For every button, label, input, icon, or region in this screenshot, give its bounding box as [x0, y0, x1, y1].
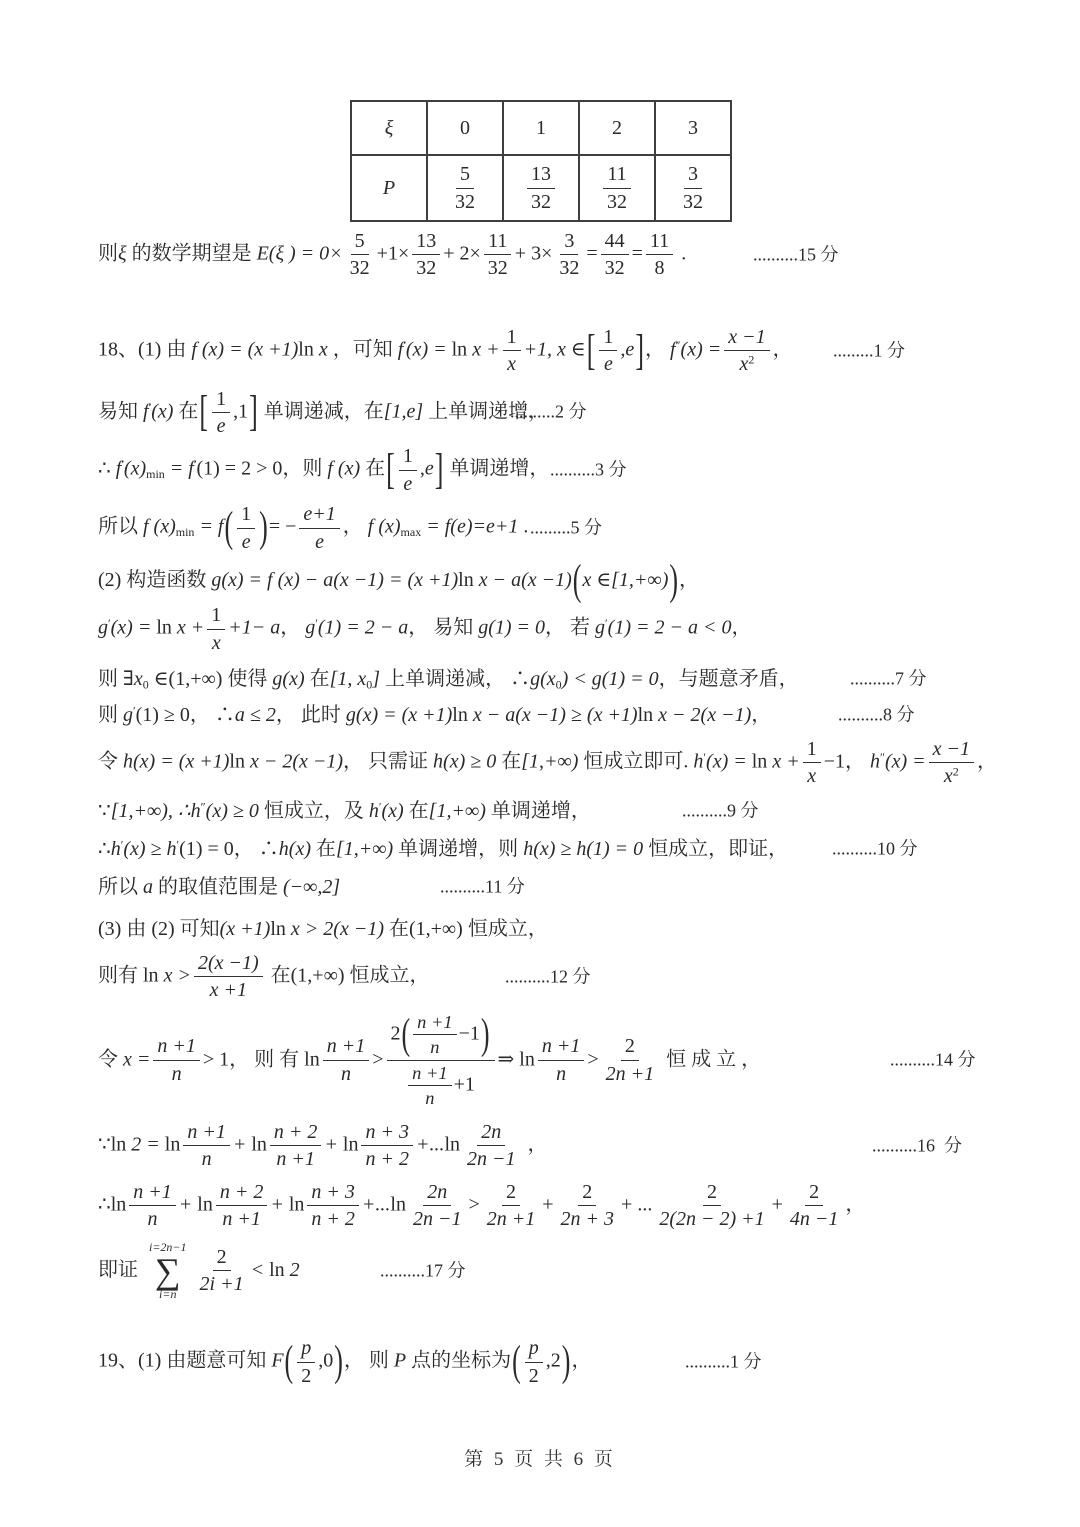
big-bracket: (	[512, 1341, 521, 1384]
fraction-denominator: e	[399, 471, 416, 495]
text: ， 若	[545, 617, 595, 639]
text: ∴	[98, 458, 116, 480]
math-text: ln	[458, 569, 479, 591]
math-text: (1) = 2 − a < 0	[608, 617, 732, 639]
math-text: = f	[165, 458, 194, 480]
math-text: n +1	[417, 1012, 452, 1032]
math-text: 2(2n − 2) +1	[659, 1208, 764, 1230]
math-text: > 1	[203, 1048, 229, 1070]
table-cell-p-label: P	[351, 155, 427, 221]
solution-line-6: (2) 构造函数 g(x) = f (x) − a(x −1) = (x +1)…	[98, 567, 1040, 594]
big-bracket: [	[386, 449, 395, 492]
math-text: 2	[301, 1365, 311, 1387]
math-text: n + 3	[365, 1121, 409, 1143]
math-text: (1) = 0	[179, 838, 234, 860]
fraction-numerator: 2	[213, 1246, 231, 1271]
score-label: ..........11 分	[440, 875, 525, 898]
fraction-numerator: 1	[503, 326, 521, 351]
math-text: [1,+∞)	[336, 838, 393, 860]
document-page: ξ0123P53213321132332 则ξ 的数学期望是 E(ξ ) = 0…	[0, 0, 1080, 1527]
math-text: >	[372, 1048, 383, 1070]
big-bracket: (	[285, 1341, 294, 1384]
math-text: ln	[638, 704, 659, 726]
fraction-denominator: x	[803, 763, 820, 787]
math-text: >	[468, 1193, 479, 1215]
text: 即证	[98, 1259, 143, 1281]
math-text: ,e	[620, 338, 634, 360]
fraction-denominator: 2n +1	[483, 1206, 540, 1230]
math-text: x > 2(x −1)	[291, 918, 384, 940]
math-text: 11	[488, 230, 507, 252]
fraction: 2n2n −1	[463, 1121, 520, 1171]
text: ，则	[282, 458, 327, 480]
math-text: [1,+∞)	[429, 800, 486, 822]
fraction: n +1n	[323, 1035, 370, 1085]
fraction-denominator: x	[503, 351, 520, 375]
math-text: + 2×	[443, 242, 481, 264]
table-cell-p-value-0: 532	[427, 155, 503, 221]
math-text: n + 2	[274, 1121, 318, 1143]
math-text: +	[542, 1193, 553, 1215]
math-text: P	[394, 1350, 406, 1372]
math-text: ln	[752, 751, 773, 773]
math-text: a	[143, 876, 153, 898]
text: 所以	[98, 516, 143, 538]
fraction-denominator: 32	[603, 189, 631, 213]
text: 上单调递减， ∴	[380, 668, 530, 690]
math-text: = f	[421, 516, 450, 538]
math-text: a ≤ 2	[235, 704, 276, 726]
math-text: h	[191, 800, 201, 822]
fraction-numerator: n +1	[153, 1035, 200, 1060]
fraction-denominator: n +1	[218, 1206, 265, 1230]
math-text: x − 2(x −1)	[250, 751, 343, 773]
math-text: g(x) = (x +1)ln x − a(x −1) ≥ (x +1)ln x…	[346, 704, 751, 726]
math-text: x	[807, 765, 816, 787]
fraction: 22(2n − 2) +1	[655, 1181, 768, 1231]
math-text: h	[693, 751, 703, 773]
math-text: n	[556, 1063, 566, 1085]
solution-line-7: g′(x) = ln x +1x+1− a， g′(1) = 2 − a， 易知…	[98, 604, 1040, 654]
solution-line-5: 所以 f (x)min = f(1e)= −e+1e， f (x)max = f…	[98, 503, 1040, 553]
math-text: ln	[304, 1048, 320, 1070]
math-text: F	[271, 1350, 283, 1372]
math-text: 11	[650, 230, 669, 252]
math-text: n + 3	[311, 1181, 355, 1203]
text: 单调递减，在	[259, 400, 384, 422]
math-text: +	[270, 1193, 289, 1215]
math-text: x +1	[210, 979, 247, 1001]
math-text: 32	[531, 191, 551, 213]
math-text: (x) =	[111, 617, 157, 639]
fraction-denominator: 32	[346, 255, 374, 279]
math-text: (1) = 2 − a	[318, 617, 408, 639]
math-text: n	[430, 1037, 439, 1057]
fraction-numerator: n + 3	[361, 1121, 413, 1146]
math-text: E(ξ ) = 0×	[257, 242, 343, 264]
math-text: x −1	[728, 326, 765, 348]
math-text: 2n −1	[467, 1148, 516, 1170]
math-text: 2	[582, 1181, 592, 1203]
math-text: n	[148, 1208, 158, 1230]
math-text: e+1	[303, 503, 335, 525]
math-text: e	[604, 353, 613, 375]
math-text: 44	[605, 230, 625, 252]
fraction: n + 2n +1	[270, 1121, 322, 1171]
math-text: 32	[559, 257, 579, 279]
math-text: ξ	[118, 242, 127, 264]
math-text: 13	[531, 163, 551, 185]
math-text: 2n −1	[467, 1148, 516, 1170]
math-text: n	[341, 1063, 351, 1085]
fraction: n +1n	[183, 1121, 230, 1171]
math-text: g(x)	[272, 668, 304, 690]
fraction: 1e	[237, 503, 255, 553]
solution-line-13: 所以 a 的取值范围是 (−∞,2]..........11 分	[98, 874, 1040, 900]
text: ， 只需证	[343, 751, 433, 773]
math-text: ξ	[118, 242, 127, 264]
math-text: f (x)	[368, 516, 401, 538]
math-text: p	[529, 1337, 539, 1359]
math-text: (x) =	[885, 751, 926, 773]
table-cell-xi-label: ξ	[351, 101, 427, 155]
math-text: n	[556, 1063, 566, 1085]
math-text: = −	[269, 516, 297, 538]
text: 19、(1) 由题意可知	[98, 1350, 271, 1372]
fraction-denominator: 2n −1	[463, 1146, 520, 1170]
math-text: [1,+∞)	[429, 800, 486, 822]
big-bracket: )	[259, 507, 268, 550]
text: .	[676, 242, 686, 264]
math-text: x =	[123, 1048, 150, 1070]
fraction-numerator: p	[525, 1337, 543, 1362]
math-text: +1	[454, 1074, 475, 1096]
big-bracket: (	[402, 1013, 411, 1056]
math-text: h	[111, 838, 121, 860]
fraction-numerator: 2	[621, 1035, 639, 1060]
subscript: max	[401, 525, 422, 539]
math-text: 2	[391, 1022, 401, 1044]
fraction: n + 3n + 2	[361, 1121, 413, 1171]
text: ，	[280, 617, 305, 639]
math-text: n + 2	[274, 1121, 318, 1143]
math-text: ln	[343, 1134, 359, 1156]
fraction-numerator: x −1	[724, 326, 769, 351]
fraction: 1e	[599, 326, 617, 376]
fraction-denominator: 2n +1	[602, 1061, 659, 1085]
math-text: 32	[455, 191, 475, 213]
math-text: (1) = 2 > 0	[196, 458, 282, 480]
math-text: + ...	[621, 1193, 652, 1215]
math-text: f (x)	[327, 458, 360, 480]
text: ， 此时	[276, 704, 346, 726]
text: 恒成立，	[345, 964, 430, 986]
math-text: n +1	[276, 1148, 315, 1170]
math-text: h	[369, 800, 379, 822]
fraction-numerator: 11	[484, 230, 511, 255]
fraction-denominator: x	[208, 630, 225, 654]
math-text: n +1	[157, 1035, 196, 1057]
math-text: 2n + 3	[561, 1208, 615, 1230]
math-text: e	[403, 473, 412, 495]
math-text: n	[172, 1063, 182, 1085]
fraction-denominator: n + 2	[307, 1206, 359, 1230]
math-text: +	[179, 1193, 198, 1215]
text: ∴	[98, 1193, 111, 1215]
math-text: ln	[298, 338, 319, 360]
math-text: 32	[350, 257, 370, 279]
fraction-numerator: 1	[207, 604, 225, 629]
text: ，	[977, 751, 997, 773]
math-text: g(1) = 0	[478, 617, 545, 639]
math-text: h	[111, 838, 121, 860]
text: 在	[384, 918, 409, 940]
math-text: g	[98, 617, 108, 639]
math-text: g(x) = f (x) − a(x −1) = (x +1)	[211, 569, 458, 591]
math-text: p	[529, 1337, 539, 1359]
math-text: −1	[459, 1022, 480, 1044]
math-text: ln	[197, 1193, 213, 1215]
math-text: 1	[241, 503, 251, 525]
math-text: g(x	[530, 668, 556, 690]
text: 在	[311, 838, 336, 860]
text: 单调递增，则	[393, 838, 523, 860]
text: 使得	[222, 668, 272, 690]
math-text: [1,e]	[384, 400, 423, 422]
math-text: n	[341, 1063, 351, 1085]
score-label: ..........17 分	[380, 1259, 466, 1282]
text: ，	[571, 1350, 591, 1372]
math-text: +...	[362, 1193, 391, 1215]
fraction: 22i +1	[196, 1246, 248, 1296]
math-text: (1) = 2 − a < 0	[608, 617, 732, 639]
math-text: = f	[194, 516, 223, 538]
math-text: = f	[421, 516, 450, 538]
fraction-denominator: 32	[555, 255, 583, 279]
math-text: 2n −1	[413, 1208, 462, 1230]
table-cell-p-value-1: 1332	[503, 155, 579, 221]
superscript: 2	[953, 765, 959, 779]
solution-line-4: ∴ f′(x)min = f′(1) = 2 > 0，则 f (x) 在[1e,…	[98, 445, 1040, 495]
math-text: [1,+∞)	[521, 751, 578, 773]
text: 在	[360, 458, 385, 480]
text: ， 则	[344, 1350, 394, 1372]
score-label: ..........3 分	[550, 459, 627, 482]
fraction-denominator: n	[168, 1061, 186, 1085]
math-text: 2	[290, 1259, 300, 1281]
math-text: h(x) = (x +1)	[123, 751, 229, 773]
solution-line-16: 令 x =n +1n> 1， 则 有 lnn +1n>2(n +1n−1)n +…	[98, 1012, 1040, 1109]
math-text: [1,+∞), ∴	[111, 800, 191, 822]
math-text: (x) =	[681, 338, 722, 360]
math-text: n + 2	[220, 1181, 264, 1203]
fraction: p2	[297, 1337, 315, 1387]
fraction: 532	[451, 163, 479, 213]
fraction-denominator: 32	[484, 255, 512, 279]
math-text: (x)	[151, 400, 173, 422]
math-text: n	[148, 1208, 158, 1230]
big-bracket: ]	[635, 329, 644, 372]
solution-line-17: ∵ln 2 = lnn +1n+ lnn + 2n +1+ lnn + 3n +…	[98, 1121, 1040, 1171]
fraction-numerator: n +1	[183, 1121, 230, 1146]
math-text: n +1	[417, 1012, 452, 1032]
fraction: 332	[555, 230, 583, 280]
math-text: 32	[416, 257, 436, 279]
fraction-denominator: 2	[297, 1363, 315, 1387]
math-text: ]	[372, 668, 380, 690]
math-text: (x) =	[406, 338, 452, 360]
xi-symbol: ξ	[385, 117, 394, 139]
math-text: ⇒ ln	[498, 1048, 535, 1070]
fraction-numerator: p	[297, 1337, 315, 1362]
math-text: x − a(x −1)	[479, 569, 572, 591]
math-text: x	[319, 338, 328, 360]
math-text: x	[807, 765, 816, 787]
big-bracket: ]	[435, 449, 444, 492]
math-text: g	[123, 704, 133, 726]
text: 的取值范围是	[153, 876, 283, 898]
math-text: h	[870, 751, 880, 773]
text: ，	[343, 516, 368, 538]
math-text: g(x	[530, 668, 556, 690]
math-text: 4n −1	[790, 1208, 839, 1230]
fraction: 1x	[803, 738, 821, 788]
math-text: 5	[460, 163, 470, 185]
sigma-symbol: ∑	[155, 1254, 181, 1288]
subscript: min	[176, 525, 195, 539]
fraction-numerator: 5	[456, 163, 474, 188]
fraction-denominator: 2	[525, 1363, 543, 1387]
math-text: 32	[683, 191, 703, 213]
math-text: 3	[688, 163, 698, 185]
fraction: n +1n	[408, 1063, 451, 1109]
table-cell-xi-value-3: 3	[655, 101, 731, 155]
math-text: (x)	[151, 400, 173, 422]
solution-line-9: 则 g′(1) ≥ 0， ∴a ≤ 2， 此时 g(x) = (x +1)ln …	[98, 702, 1040, 728]
math-text: g	[595, 617, 605, 639]
math-text: ln	[156, 617, 177, 639]
math-text: 3	[564, 230, 574, 252]
distribution-table: ξ0123P53213321132332	[350, 100, 732, 222]
math-text: 2n +1	[487, 1208, 536, 1230]
math-text: x	[944, 765, 953, 787]
fraction-numerator: 2(x −1)	[194, 952, 263, 977]
superscript: 2	[748, 353, 754, 367]
math-text: F	[271, 1350, 283, 1372]
fraction: n +1n	[153, 1035, 200, 1085]
fraction: 1132	[484, 230, 512, 280]
fraction-numerator: 1	[212, 388, 230, 413]
math-text: x +1	[210, 979, 247, 1001]
text: 则	[98, 668, 123, 690]
text: ，	[845, 1193, 865, 1215]
math-text: a	[143, 876, 153, 898]
math-text: 2i +1	[200, 1273, 244, 1295]
fraction: 2(x −1)x +1	[194, 952, 263, 1002]
math-text: ln	[304, 1048, 320, 1070]
math-text: e	[217, 415, 226, 437]
math-text: h	[369, 800, 379, 822]
table-row-p: P53213321132332	[351, 155, 731, 221]
math-text: f (x)	[368, 516, 401, 538]
big-bracket: (	[225, 507, 234, 550]
solution-line-20: 19、(1) 由题意可知 F(p2,0)， 则 P 点的坐标为(p2,2)，..…	[98, 1337, 1040, 1387]
text: 18、(1) 由	[98, 338, 191, 360]
math-text: h(x) = (x +1)ln x − 2(x −1)	[123, 751, 343, 773]
math-text: (x +1)ln x > 2(x −1)	[220, 918, 384, 940]
fraction-denominator: 2n −1	[409, 1206, 466, 1230]
math-text: +	[233, 1134, 252, 1156]
math-text: n	[172, 1063, 182, 1085]
math-text: f (x)	[143, 516, 176, 538]
math-text: n + 3	[365, 1121, 409, 1143]
math-text: e	[315, 531, 324, 553]
math-text: (x +1)	[220, 918, 271, 940]
math-text: +1×	[377, 242, 410, 264]
math-text: x +	[472, 338, 499, 360]
math-text: x	[507, 353, 516, 375]
fraction: p2	[525, 1337, 543, 1387]
fraction-denominator: 32	[451, 189, 479, 213]
table-cell-p-value-3: 332	[655, 155, 731, 221]
big-bracket: )	[562, 1341, 571, 1384]
fraction-denominator: n	[198, 1146, 216, 1170]
math-text: 1	[603, 326, 613, 348]
math-text: 2n −1	[413, 1208, 462, 1230]
math-text: 2	[217, 1246, 227, 1268]
math-text: (x)	[124, 458, 146, 480]
math-text: x =	[123, 1048, 150, 1070]
math-text: h(x) ≥ h(1) = 0	[523, 838, 643, 860]
math-text: h	[693, 751, 703, 773]
math-text: +...	[416, 1134, 445, 1156]
fraction-denominator: x2	[735, 351, 758, 375]
math-text: n +1	[412, 1063, 447, 1083]
table-cell-xi-value-2: 2	[579, 101, 655, 155]
math-text: 11	[607, 163, 626, 185]
fraction-numerator: 13	[412, 230, 440, 255]
subscript: min	[146, 467, 165, 481]
math-text: n +1	[327, 1035, 366, 1057]
score-label: ..........10 分	[832, 837, 918, 860]
big-bracket: [	[587, 329, 596, 372]
math-text: n + 2	[365, 1148, 409, 1170]
text: 恒成立即可.	[578, 751, 693, 773]
math-text: 2(x −1)	[198, 952, 259, 974]
solution-lines: 则ξ 的数学期望是 E(ξ ) = 0×532+1×1332+ 2×1132+ …	[98, 230, 1040, 1387]
fraction-denominator: n +1n+1	[402, 1061, 479, 1109]
fraction-denominator: 8	[651, 255, 669, 279]
text: ，与题意矛盾，	[659, 668, 799, 690]
math-text: ,1	[233, 400, 248, 422]
fraction: n + 2n +1	[216, 1181, 268, 1231]
math-text: e	[403, 473, 412, 495]
text: (3) 由 (2) 可知	[98, 918, 220, 940]
big-bracket: ]	[249, 391, 258, 434]
score-label: ..........15 分	[753, 243, 839, 266]
fraction-numerator: n + 3	[307, 1181, 359, 1206]
math-text: (1,+∞)	[291, 964, 345, 986]
fraction-numerator: 2n	[423, 1181, 451, 1206]
text: ，	[679, 569, 699, 591]
math-text: ,e	[420, 458, 434, 480]
math-text: 2n +1	[606, 1063, 655, 1085]
math-text: 2n	[481, 1121, 501, 1143]
text: 的数学期望是	[127, 242, 257, 264]
math-text: + 3×	[515, 242, 553, 264]
math-text: f (x) = (x +1)ln x	[191, 338, 327, 360]
score-label: ..........7 分	[850, 667, 927, 690]
